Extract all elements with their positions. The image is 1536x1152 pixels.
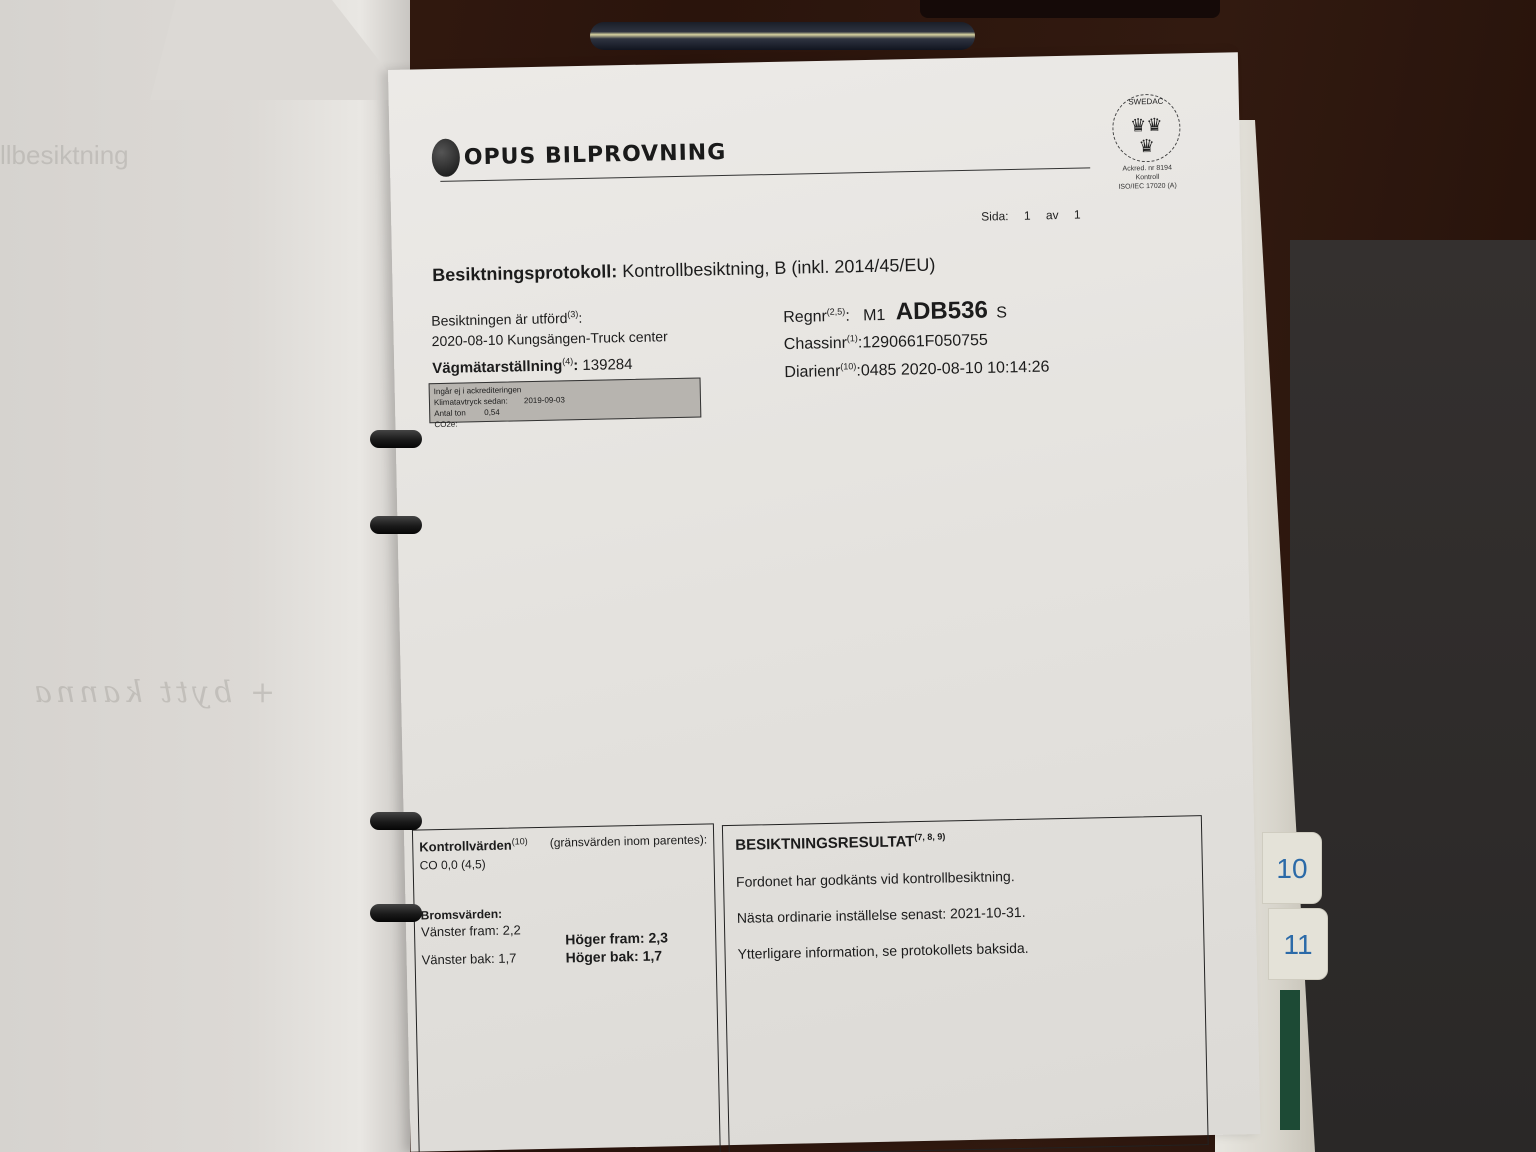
swedac-label: SWEDAC bbox=[1113, 96, 1179, 106]
page-label: Sida: bbox=[981, 209, 1009, 224]
footnote: (1) bbox=[847, 334, 858, 344]
footnote: (3) bbox=[567, 309, 578, 319]
limits-note: (gränsvärden inom parentes): bbox=[550, 832, 708, 851]
diary-number: 0485 2020-08-10 10:14:26 bbox=[861, 358, 1050, 379]
climate-footprint-box: Ingår ej i ackrediteringen Klimatavtryck… bbox=[429, 378, 702, 424]
vehicle-identity: Regnr(2,5): M1 ADB536 S Chassinr(1):1290… bbox=[783, 296, 1050, 384]
protocol-title-label: Besiktningsprotokoll: bbox=[432, 261, 617, 285]
result-next-inspection: Nästa ordinarie inställelse senast: 2021… bbox=[737, 900, 1191, 926]
regnr-suffix: S bbox=[996, 304, 1007, 321]
three-crowns-icon: ♛♛♛ bbox=[1113, 114, 1180, 157]
footnote: (7, 8, 9) bbox=[914, 831, 945, 842]
divider-tab-11[interactable]: 11 bbox=[1268, 908, 1328, 980]
binder-ring bbox=[370, 812, 422, 830]
grey-folder bbox=[1290, 240, 1536, 1152]
footnote: (10) bbox=[512, 836, 528, 846]
co2-value: 0,54 bbox=[484, 407, 500, 429]
footnote: (2,5) bbox=[827, 306, 846, 316]
inspection-protocol-page: OPUS BILPROVNING SWEDAC ♛♛♛ Ackred. nr 8… bbox=[388, 52, 1260, 1152]
chassinr-label: Chassinr bbox=[784, 335, 847, 353]
binder-ring bbox=[370, 516, 422, 534]
pen-case bbox=[920, 0, 1220, 18]
registration-number: ADB536 bbox=[895, 297, 988, 326]
result-approved: Fordonet har godkänts vid kontrollbesikt… bbox=[736, 864, 1190, 890]
brake-right-front: Höger fram: 2,3 bbox=[565, 928, 709, 947]
co-value: CO 0,0 (4,5) bbox=[420, 852, 708, 872]
binder-ring bbox=[370, 904, 422, 922]
co2-label: Antal ton CO2e: bbox=[434, 407, 484, 430]
control-values-box: Kontrollvärden(10) (gränsvärden inom par… bbox=[412, 823, 721, 1152]
regnr-label: Regnr bbox=[783, 308, 827, 326]
brand-name: OPUS BILPROVNING bbox=[464, 139, 727, 169]
brake-left-rear: Vänster bak: 1,7 bbox=[421, 949, 565, 968]
pen bbox=[590, 22, 975, 50]
swedac-ring: SWEDAC ♛♛♛ bbox=[1112, 93, 1181, 162]
protocol-title-value: Kontrollbesiktning, B (inkl. 2014/45/EU) bbox=[622, 255, 936, 282]
odometer-label: Vägmätarställning bbox=[432, 357, 562, 377]
control-values-title: Kontrollvärden bbox=[419, 838, 512, 855]
brake-values: Vänster fram: 2,2 Höger fram: 2,3 Vänste… bbox=[421, 918, 710, 968]
footnote: (4) bbox=[562, 356, 573, 366]
result-more-info: Ytterligare information, se protokollets… bbox=[737, 936, 1191, 962]
inspection-result-box: BESIKTNINGSRESULTAT(7, 8, 9) Fordonet ha… bbox=[722, 815, 1209, 1152]
vehicle-category: M1 bbox=[863, 307, 886, 324]
footnote: (10) bbox=[840, 361, 856, 371]
page-indicator: Sida: 1 av 1 bbox=[981, 207, 1093, 223]
brake-right-rear: Höger bak: 1,7 bbox=[565, 946, 709, 965]
logo-disc-icon bbox=[431, 139, 460, 178]
left-page: llbesiktning + bytt kanna bbox=[0, 0, 410, 1152]
chassis-number: 1290661F050755 bbox=[862, 332, 988, 352]
diarienr-label: Diarienr bbox=[784, 363, 840, 381]
page-separator: av bbox=[1046, 208, 1059, 222]
climate-since-value: 2019-09-03 bbox=[524, 394, 565, 406]
page-current: 1 bbox=[1024, 209, 1031, 223]
protocol-title: Besiktningsprotokoll: Kontrollbesiktning… bbox=[432, 255, 936, 287]
inspection-date-place: 2020-08-10 Kungsängen-Truck center bbox=[431, 326, 667, 351]
inspection-place: Besiktningen är utförd(3): 2020-08-10 Ku… bbox=[431, 302, 668, 351]
accreditation-caption: Ackred. nr 8194 Kontroll ISO/IEC 17020 (… bbox=[1102, 163, 1193, 192]
handwriting-imprint: + bytt kanna bbox=[30, 675, 275, 710]
odometer-reading: Vägmätarställning(4): 139284 bbox=[432, 355, 633, 377]
green-divider-edge bbox=[1280, 990, 1300, 1130]
result-title: BESIKTNINGSRESULTAT(7, 8, 9) bbox=[735, 826, 1189, 854]
binder-ring bbox=[370, 430, 422, 448]
accreditation-standard: ISO/IEC 17020 (A) bbox=[1103, 181, 1193, 192]
brake-left-front: Vänster fram: 2,2 bbox=[421, 921, 566, 950]
odometer-value: 139284 bbox=[582, 356, 632, 374]
divider-tab-10[interactable]: 10 bbox=[1262, 832, 1322, 904]
brand-logo: OPUS BILPROVNING bbox=[431, 133, 726, 177]
diarienr-row: Diarienr(10):0485 2020-08-10 10:14:26 bbox=[784, 351, 1050, 384]
bleedthrough-text: llbesiktning bbox=[0, 140, 129, 171]
inspection-done-label: Besiktningen är utförd bbox=[431, 310, 568, 329]
page-total: 1 bbox=[1074, 208, 1081, 222]
swedac-seal: SWEDAC ♛♛♛ Ackred. nr 8194 Kontroll ISO/… bbox=[1101, 93, 1193, 192]
